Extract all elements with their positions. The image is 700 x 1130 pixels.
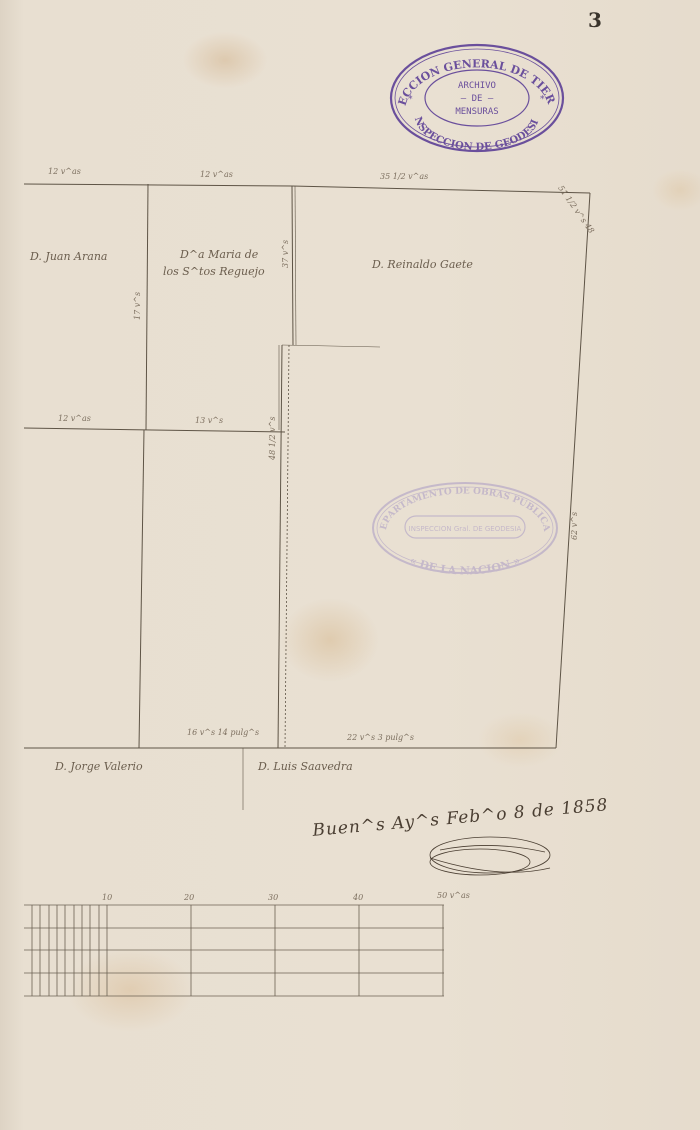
owner-lot2-line1: D^a Maria de [180,248,258,261]
scale-label-10: 10 [102,893,112,902]
signature-flourish [430,837,550,875]
scale-label-20: 20 [184,893,194,902]
measure-top-lot3: 35 1/2 v^as [380,172,428,181]
scale-label-40: 40 [353,893,363,902]
measure-top-lot2: 12 v^as [200,170,233,179]
owner-south-west: D. Jorge Valerio [55,760,143,773]
scale-label-50: 50 v^as [437,891,470,900]
owner-lot2-line2: los S^tos Reguejo [163,265,265,278]
survey-plan [0,0,700,1130]
measure-mid-center: 13 v^s [195,416,223,425]
owner-south-east: D. Luis Saavedra [258,760,353,773]
measure-top-lot1: 12 v^as [48,167,81,176]
measure-bottom-right: 22 v^s 3 pulg^s [347,733,414,742]
scale-bar [24,905,444,996]
measure-mid-left: 12 v^as [58,414,91,423]
scale-label-30: 30 [268,893,278,902]
owner-lot3: D. Reinaldo Gaete [372,258,473,271]
measure-right-side: 62 v^s [570,512,579,540]
measure-left-lot-side: 17 v^s [133,292,142,320]
measure-dotted-side: 48 1/2 v^s [268,417,277,460]
measure-center-side: 37 v^s [281,240,290,268]
measure-bottom-center: 16 v^s 14 pulg^s [187,728,259,737]
owner-lot1: D. Juan Arana [30,250,107,263]
